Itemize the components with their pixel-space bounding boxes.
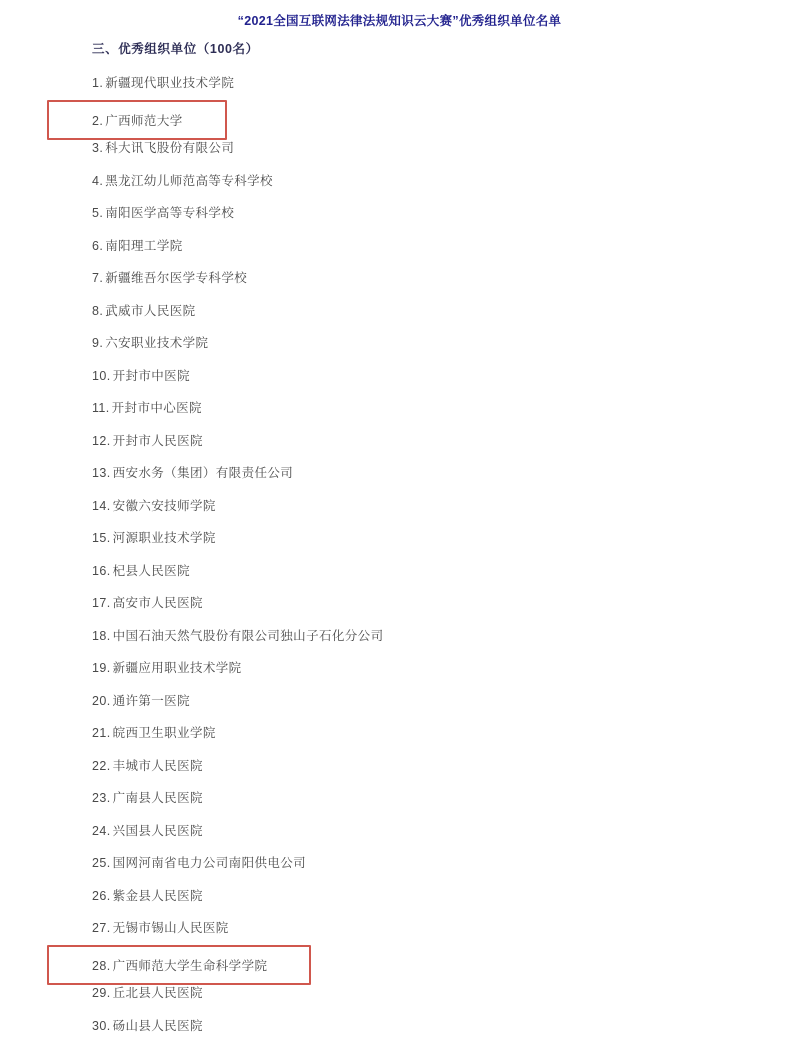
list-item-text: 12.开封市人民医院 <box>92 434 203 448</box>
list-item-number: 30. <box>92 1019 111 1033</box>
list-item-text: 9.六安职业技术学院 <box>92 336 208 350</box>
list-item: 8.武威市人民医院 <box>92 295 752 328</box>
list-item: 9.六安职业技术学院 <box>92 327 752 360</box>
list-item: 15.河源职业技术学院 <box>92 522 752 555</box>
section-heading: 三、优秀组织单位（100名） <box>92 39 259 57</box>
list-item-number: 18. <box>92 629 111 643</box>
list-item: 27.无锡市锡山人民医院 <box>92 912 752 945</box>
list-item: 30.砀山县人民医院 <box>92 1010 752 1043</box>
list-item-text: 16.杞县人民医院 <box>92 564 190 578</box>
list-item-name: 皖西卫生职业学院 <box>113 726 216 740</box>
list-item: 29.丘北县人民医院 <box>92 977 752 1010</box>
list-item-name: 新疆维吾尔医学专科学校 <box>105 271 247 285</box>
list-item-number: 28. <box>92 959 111 973</box>
list-item-name: 无锡市锡山人民医院 <box>113 921 229 935</box>
list-item-name: 南阳理工学院 <box>105 239 182 253</box>
list-item-text: 7.新疆维吾尔医学专科学校 <box>92 271 247 285</box>
list-item-number: 6. <box>92 239 103 253</box>
list-item-text: 17.高安市人民医院 <box>92 596 203 610</box>
document-title: “2021全国互联网法律法规知识云大赛”优秀组织单位名单 <box>0 11 799 29</box>
unit-list: 1.新疆现代职业技术学院2.广西师范大学3.科大讯飞股份有限公司4.黑龙江幼儿师… <box>92 67 752 1042</box>
list-item-text: 4.黑龙江幼儿师范高等专科学校 <box>92 174 273 188</box>
list-item-number: 2. <box>92 114 103 128</box>
list-item-number: 27. <box>92 921 111 935</box>
list-item-name: 黑龙江幼儿师范高等专科学校 <box>105 174 273 188</box>
list-item: 14.安徽六安技师学院 <box>92 490 752 523</box>
list-item: 10.开封市中医院 <box>92 360 752 393</box>
list-item-number: 12. <box>92 434 111 448</box>
list-item-text: 11.开封市中心医院 <box>92 401 202 415</box>
list-item: 16.杞县人民医院 <box>92 555 752 588</box>
list-item: 23.广南县人民医院 <box>92 782 752 815</box>
list-item-name: 开封市中心医院 <box>112 401 202 415</box>
list-item-name: 丘北县人民医院 <box>113 986 203 1000</box>
list-item-name: 广西师范大学 <box>105 114 182 128</box>
list-item-text: 30.砀山县人民医院 <box>92 1019 203 1033</box>
list-item-text: 22.丰城市人民医院 <box>92 759 203 773</box>
list-item-text: 26.紫金县人民医院 <box>92 889 203 903</box>
list-item-name: 通许第一医院 <box>113 694 190 708</box>
list-item: 13.西安水务（集团）有限责任公司 <box>92 457 752 490</box>
list-item-number: 4. <box>92 174 103 188</box>
list-item: 7.新疆维吾尔医学专科学校 <box>92 262 752 295</box>
list-item-name: 武威市人民医院 <box>105 304 195 318</box>
document-page: “2021全国互联网法律法规知识云大赛”优秀组织单位名单 三、优秀组织单位（10… <box>0 0 799 1046</box>
list-item: 22.丰城市人民医院 <box>92 750 752 783</box>
list-item-text: 6.南阳理工学院 <box>92 239 183 253</box>
list-item-number: 15. <box>92 531 111 545</box>
list-item-name: 南阳医学高等专科学校 <box>105 206 234 220</box>
list-item: 3.科大讯飞股份有限公司 <box>92 132 752 165</box>
list-item-name: 科大讯飞股份有限公司 <box>105 141 234 155</box>
list-item-name: 安徽六安技师学院 <box>113 499 216 513</box>
list-item-number: 9. <box>92 336 103 350</box>
list-item-text: 27.无锡市锡山人民医院 <box>92 921 229 935</box>
list-item: 24.兴国县人民医院 <box>92 815 752 848</box>
list-item-name: 六安职业技术学院 <box>105 336 208 350</box>
list-item-number: 14. <box>92 499 111 513</box>
list-item-text: 8.武威市人民医院 <box>92 304 196 318</box>
list-item-number: 23. <box>92 791 111 805</box>
list-item: 20.通许第一医院 <box>92 685 752 718</box>
list-item-number: 5. <box>92 206 103 220</box>
list-item-text: 23.广南县人民医院 <box>92 791 203 805</box>
list-item-name: 紫金县人民医院 <box>113 889 203 903</box>
list-item: 6.南阳理工学院 <box>92 230 752 263</box>
list-item-number: 11. <box>92 401 110 415</box>
list-item-text: 18.中国石油天然气股份有限公司独山子石化分公司 <box>92 629 383 643</box>
list-item-text: 5.南阳医学高等专科学校 <box>92 206 234 220</box>
list-item: 28.广西师范大学生命科学学院 <box>92 945 752 978</box>
list-item-number: 21. <box>92 726 111 740</box>
list-item: 26.紫金县人民医院 <box>92 880 752 913</box>
list-item: 1.新疆现代职业技术学院 <box>92 67 752 100</box>
list-item-number: 25. <box>92 856 111 870</box>
list-item-name: 新疆应用职业技术学院 <box>113 661 242 675</box>
list-item-number: 24. <box>92 824 111 838</box>
list-item: 4.黑龙江幼儿师范高等专科学校 <box>92 165 752 198</box>
list-item-number: 13. <box>92 466 111 480</box>
list-item-number: 1. <box>92 76 103 90</box>
list-item-name: 国网河南省电力公司南阳供电公司 <box>113 856 307 870</box>
list-item-text: 24.兴国县人民医院 <box>92 824 203 838</box>
list-item-name: 新疆现代职业技术学院 <box>105 76 234 90</box>
list-item-text: 1.新疆现代职业技术学院 <box>92 76 234 90</box>
list-item: 17.高安市人民医院 <box>92 587 752 620</box>
list-item: 19.新疆应用职业技术学院 <box>92 652 752 685</box>
list-item-name: 丰城市人民医院 <box>113 759 203 773</box>
list-item-name: 广西师范大学生命科学学院 <box>113 959 268 973</box>
list-item-number: 8. <box>92 304 103 318</box>
list-item-number: 7. <box>92 271 103 285</box>
list-item: 21.皖西卫生职业学院 <box>92 717 752 750</box>
list-item-number: 10. <box>92 369 111 383</box>
list-item-text: 14.安徽六安技师学院 <box>92 499 216 513</box>
list-item-number: 26. <box>92 889 111 903</box>
list-item: 2.广西师范大学 <box>92 100 752 133</box>
list-item-name: 兴国县人民医院 <box>113 824 203 838</box>
list-item-name: 西安水务（集团）有限责任公司 <box>113 466 294 480</box>
list-item-text: 21.皖西卫生职业学院 <box>92 726 216 740</box>
list-item-name: 砀山县人民医院 <box>113 1019 203 1033</box>
list-item-name: 高安市人民医院 <box>113 596 203 610</box>
list-item-number: 29. <box>92 986 111 1000</box>
list-item-text: 19.新疆应用职业技术学院 <box>92 661 242 675</box>
list-item-number: 19. <box>92 661 111 675</box>
list-item-name: 河源职业技术学院 <box>113 531 216 545</box>
list-item-name: 开封市人民医院 <box>113 434 203 448</box>
list-item: 12.开封市人民医院 <box>92 425 752 458</box>
list-item-name: 开封市中医院 <box>113 369 190 383</box>
list-item-number: 20. <box>92 694 111 708</box>
list-item-text: 20.通许第一医院 <box>92 694 190 708</box>
list-item-text: 15.河源职业技术学院 <box>92 531 216 545</box>
list-item-text: 10.开封市中医院 <box>92 369 190 383</box>
list-item: 18.中国石油天然气股份有限公司独山子石化分公司 <box>92 620 752 653</box>
list-item: 5.南阳医学高等专科学校 <box>92 197 752 230</box>
list-item-text: 29.丘北县人民医院 <box>92 986 203 1000</box>
list-item-number: 16. <box>92 564 111 578</box>
list-item-name: 广南县人民医院 <box>113 791 203 805</box>
list-item: 25.国网河南省电力公司南阳供电公司 <box>92 847 752 880</box>
list-item-number: 3. <box>92 141 103 155</box>
list-item-text: 25.国网河南省电力公司南阳供电公司 <box>92 856 306 870</box>
list-item-number: 17. <box>92 596 111 610</box>
list-item-text: 13.西安水务（集团）有限责任公司 <box>92 466 293 480</box>
list-item: 11.开封市中心医院 <box>92 392 752 425</box>
list-item-name: 杞县人民医院 <box>113 564 190 578</box>
list-item-number: 22. <box>92 759 111 773</box>
list-item-name: 中国石油天然气股份有限公司独山子石化分公司 <box>113 629 384 643</box>
list-item-text: 3.科大讯飞股份有限公司 <box>92 141 234 155</box>
